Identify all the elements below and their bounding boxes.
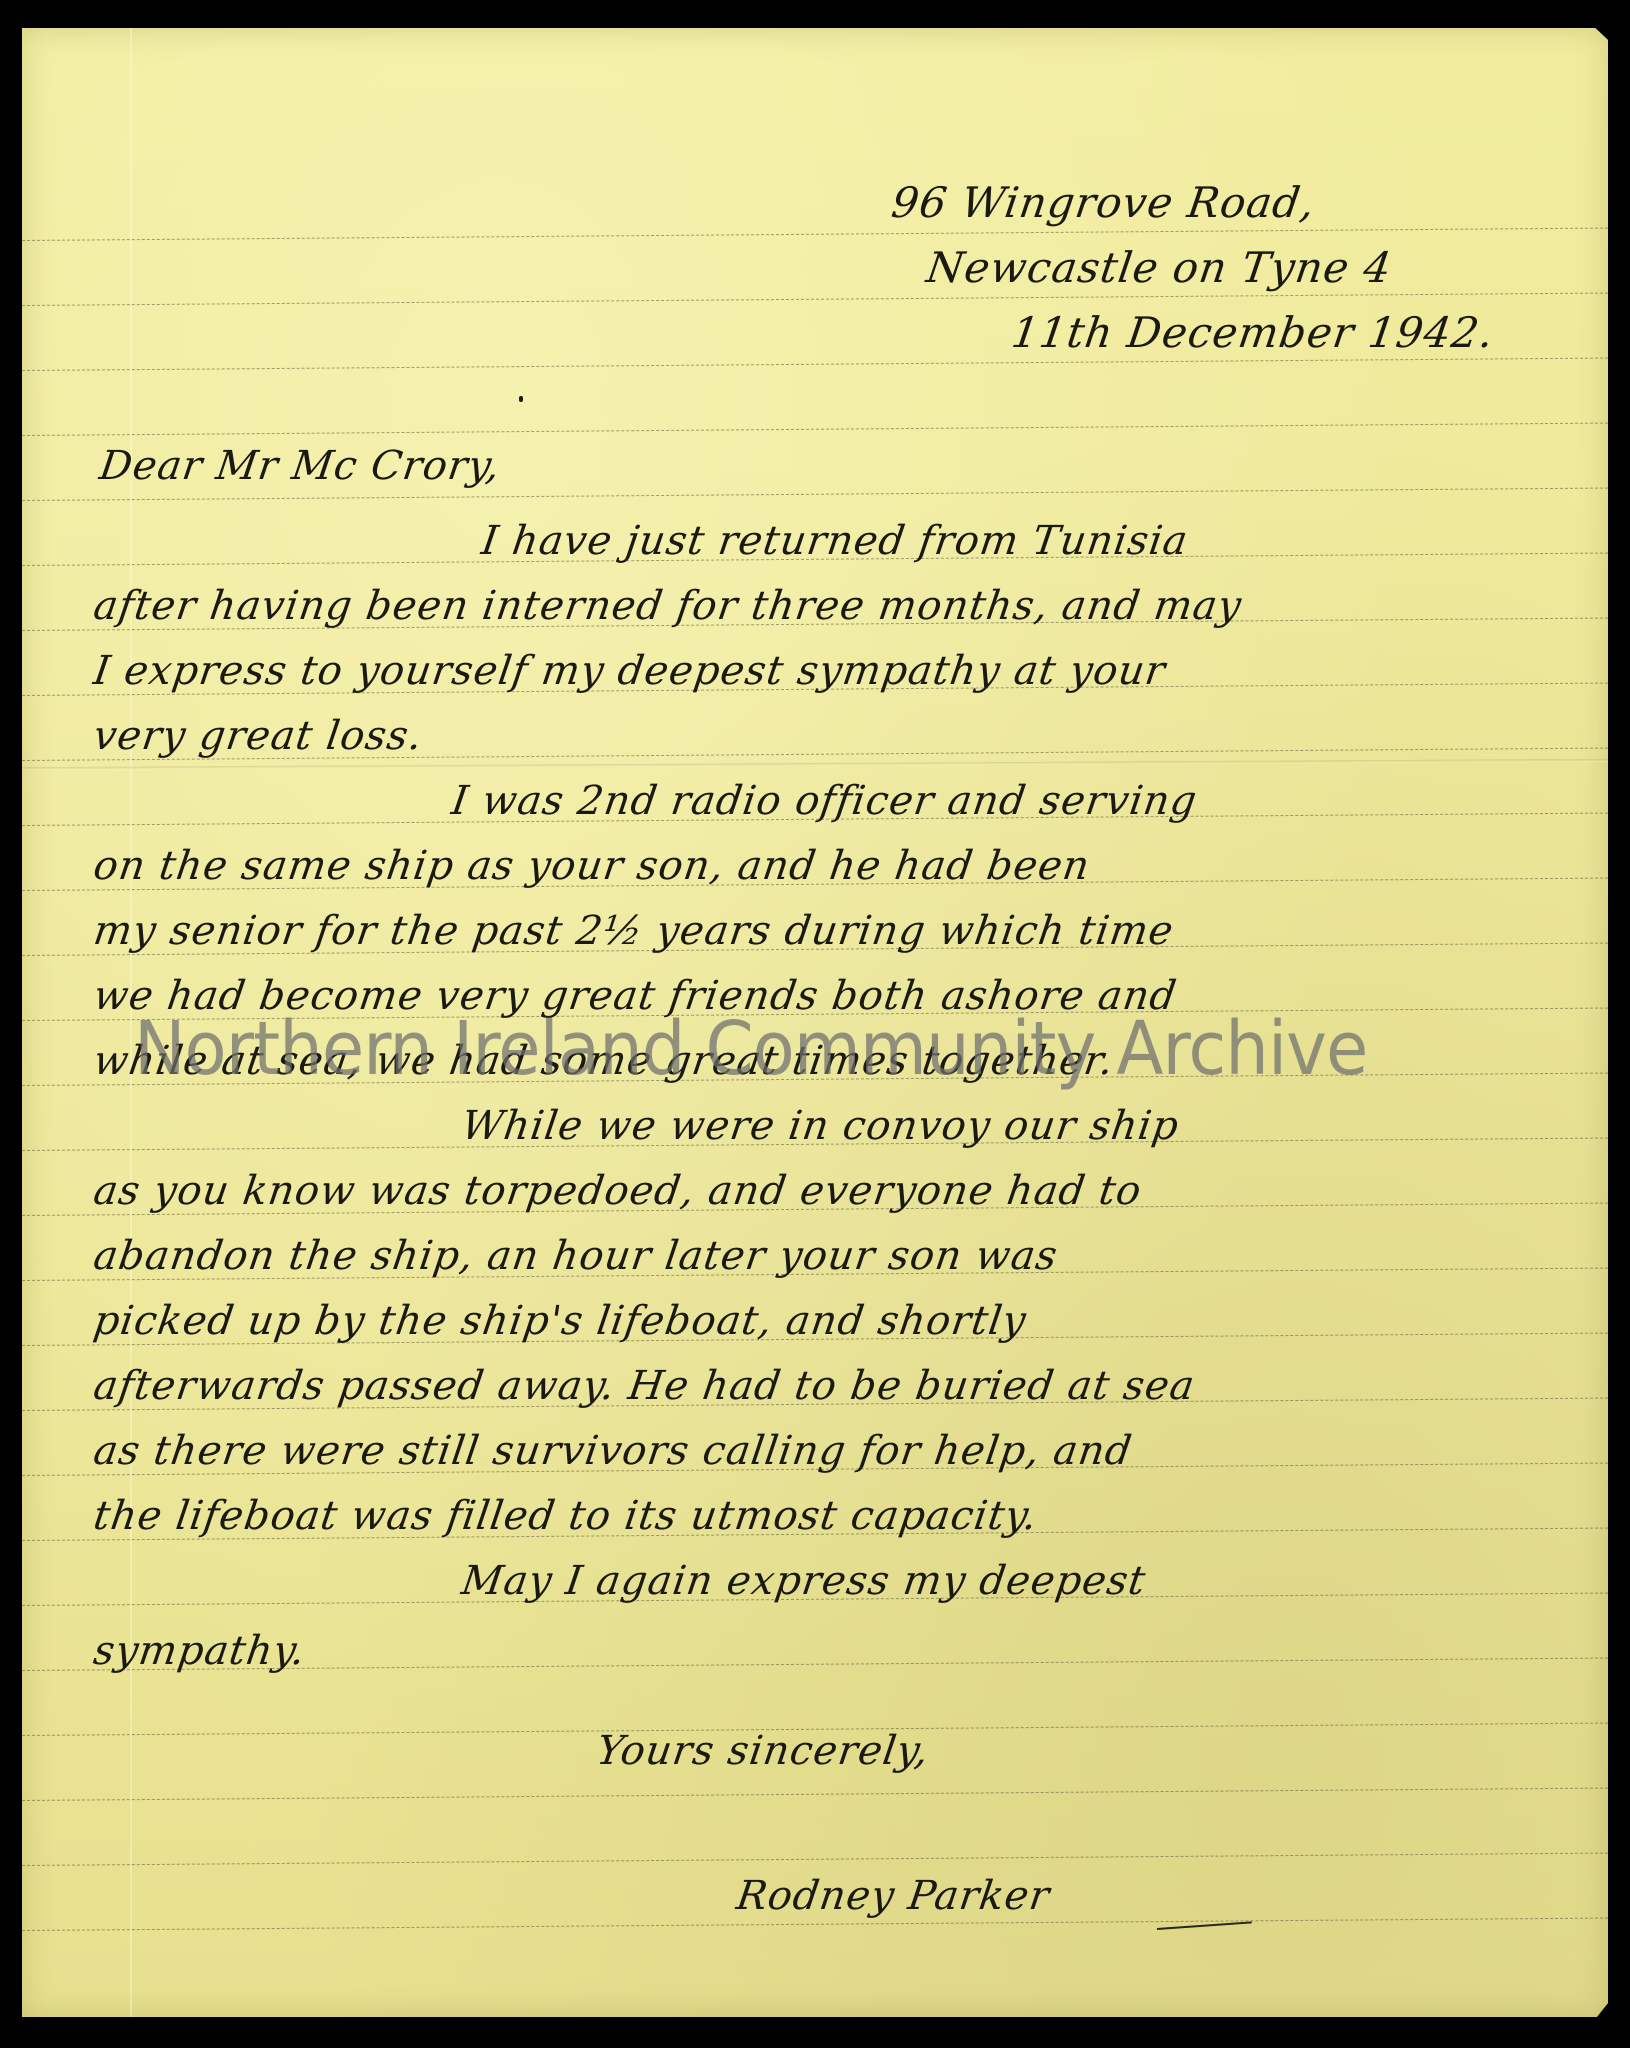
body-line: picked up by the ship's lifeboat, and sh… [91, 1298, 1030, 1344]
address-street: 96 Wingrove Road, [889, 178, 1319, 227]
body-line: abandon the ship, an hour later your son… [91, 1233, 1061, 1279]
ruled-line [22, 1853, 1608, 1866]
body-line: I was 2nd radio officer and serving [449, 778, 1200, 824]
body-line: I have just returned from Tunisia [479, 518, 1191, 564]
ruled-line [22, 228, 1608, 241]
fold-crease-vertical [130, 28, 132, 2017]
ruled-line [22, 488, 1608, 501]
body-line: May I again express my deepest [459, 1558, 1149, 1604]
archive-watermark: Northern Ireland Community Archive [134, 1006, 1367, 1092]
ruled-line [22, 1788, 1608, 1801]
ink-dot [519, 396, 523, 402]
body-line: after having been interned for three mon… [91, 583, 1245, 629]
body-line: very great loss. [91, 713, 426, 759]
letter-paper: 96 Wingrove Road, Newcastle on Tyne 4 11… [22, 28, 1608, 2017]
ruled-line [22, 293, 1608, 306]
closing: Yours sincerely, [594, 1728, 932, 1774]
body-line: as you know was torpedoed, and everyone … [91, 1168, 1145, 1214]
address-city: Newcastle on Tyne 4 [924, 243, 1395, 292]
body-line: the lifeboat was filled to its utmost ca… [91, 1493, 1041, 1539]
body-line: on the same ship as your son, and he had… [91, 843, 1093, 889]
body-line: I express to yourself my deepest sympath… [91, 648, 1169, 694]
signature-flourish [1157, 1921, 1252, 1930]
ruled-line [22, 1918, 1608, 1931]
ruled-line [22, 358, 1608, 371]
body-line: as there were still survivors calling fo… [91, 1428, 1135, 1474]
ruled-line [22, 423, 1608, 436]
body-line: While we were in convoy our ship [459, 1103, 1182, 1149]
body-line: sympathy. [91, 1628, 309, 1674]
fold-crease-horizontal [22, 759, 1608, 770]
body-line: afterwards passed away. He had to be bur… [91, 1363, 1198, 1409]
letter-date: 11th December 1942. [1009, 308, 1498, 357]
body-line: my senior for the past 2½ years during w… [91, 908, 1177, 954]
salutation: Dear Mr Mc Crory, [97, 443, 504, 489]
signature: Rodney Parker [734, 1873, 1053, 1919]
